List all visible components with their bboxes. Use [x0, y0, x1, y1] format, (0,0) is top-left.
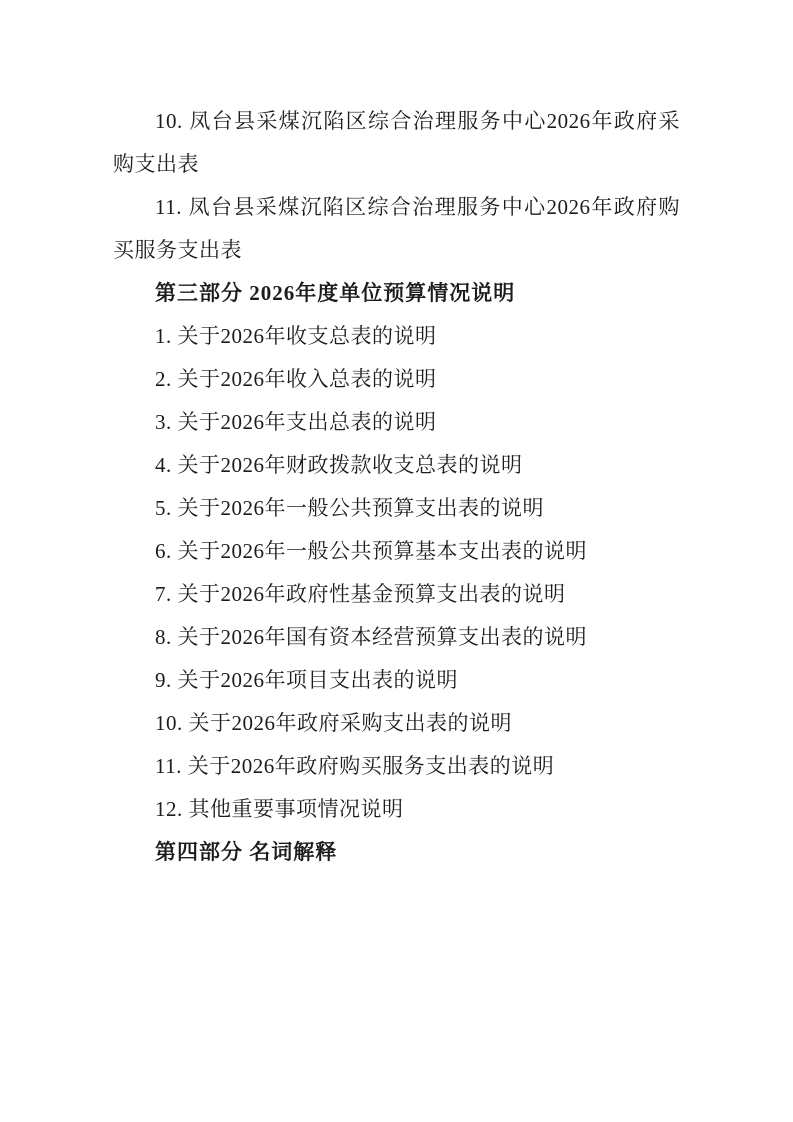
toc-item: 12. 其他重要事项情况说明 — [113, 788, 680, 831]
toc-item: 4. 关于2026年财政拨款收支总表的说明 — [113, 444, 680, 487]
toc-item: 7. 关于2026年政府性基金预算支出表的说明 — [113, 573, 680, 616]
toc-item: 9. 关于2026年项目支出表的说明 — [113, 659, 680, 702]
toc-item: 1. 关于2026年收支总表的说明 — [113, 315, 680, 358]
toc-item: 8. 关于2026年国有资本经营预算支出表的说明 — [113, 616, 680, 659]
document-content: 10. 凤台县采煤沉陷区综合治理服务中心2026年政府采购支出表 11. 凤台县… — [113, 100, 680, 874]
toc-item: 3. 关于2026年支出总表的说明 — [113, 401, 680, 444]
toc-item: 11. 凤台县采煤沉陷区综合治理服务中心2026年政府购买服务支出表 — [113, 186, 680, 272]
toc-item: 10. 关于2026年政府采购支出表的说明 — [113, 702, 680, 745]
toc-item: 5. 关于2026年一般公共预算支出表的说明 — [113, 487, 680, 530]
toc-item: 6. 关于2026年一般公共预算基本支出表的说明 — [113, 530, 680, 573]
document-page: 10. 凤台县采煤沉陷区综合治理服务中心2026年政府采购支出表 11. 凤台县… — [0, 0, 793, 1122]
section-heading-part4: 第四部分 名词解释 — [113, 831, 680, 874]
section-heading-part3: 第三部分 2026年度单位预算情况说明 — [113, 272, 680, 315]
toc-item: 2. 关于2026年收入总表的说明 — [113, 358, 680, 401]
toc-item: 10. 凤台县采煤沉陷区综合治理服务中心2026年政府采购支出表 — [113, 100, 680, 186]
toc-item: 11. 关于2026年政府购买服务支出表的说明 — [113, 745, 680, 788]
